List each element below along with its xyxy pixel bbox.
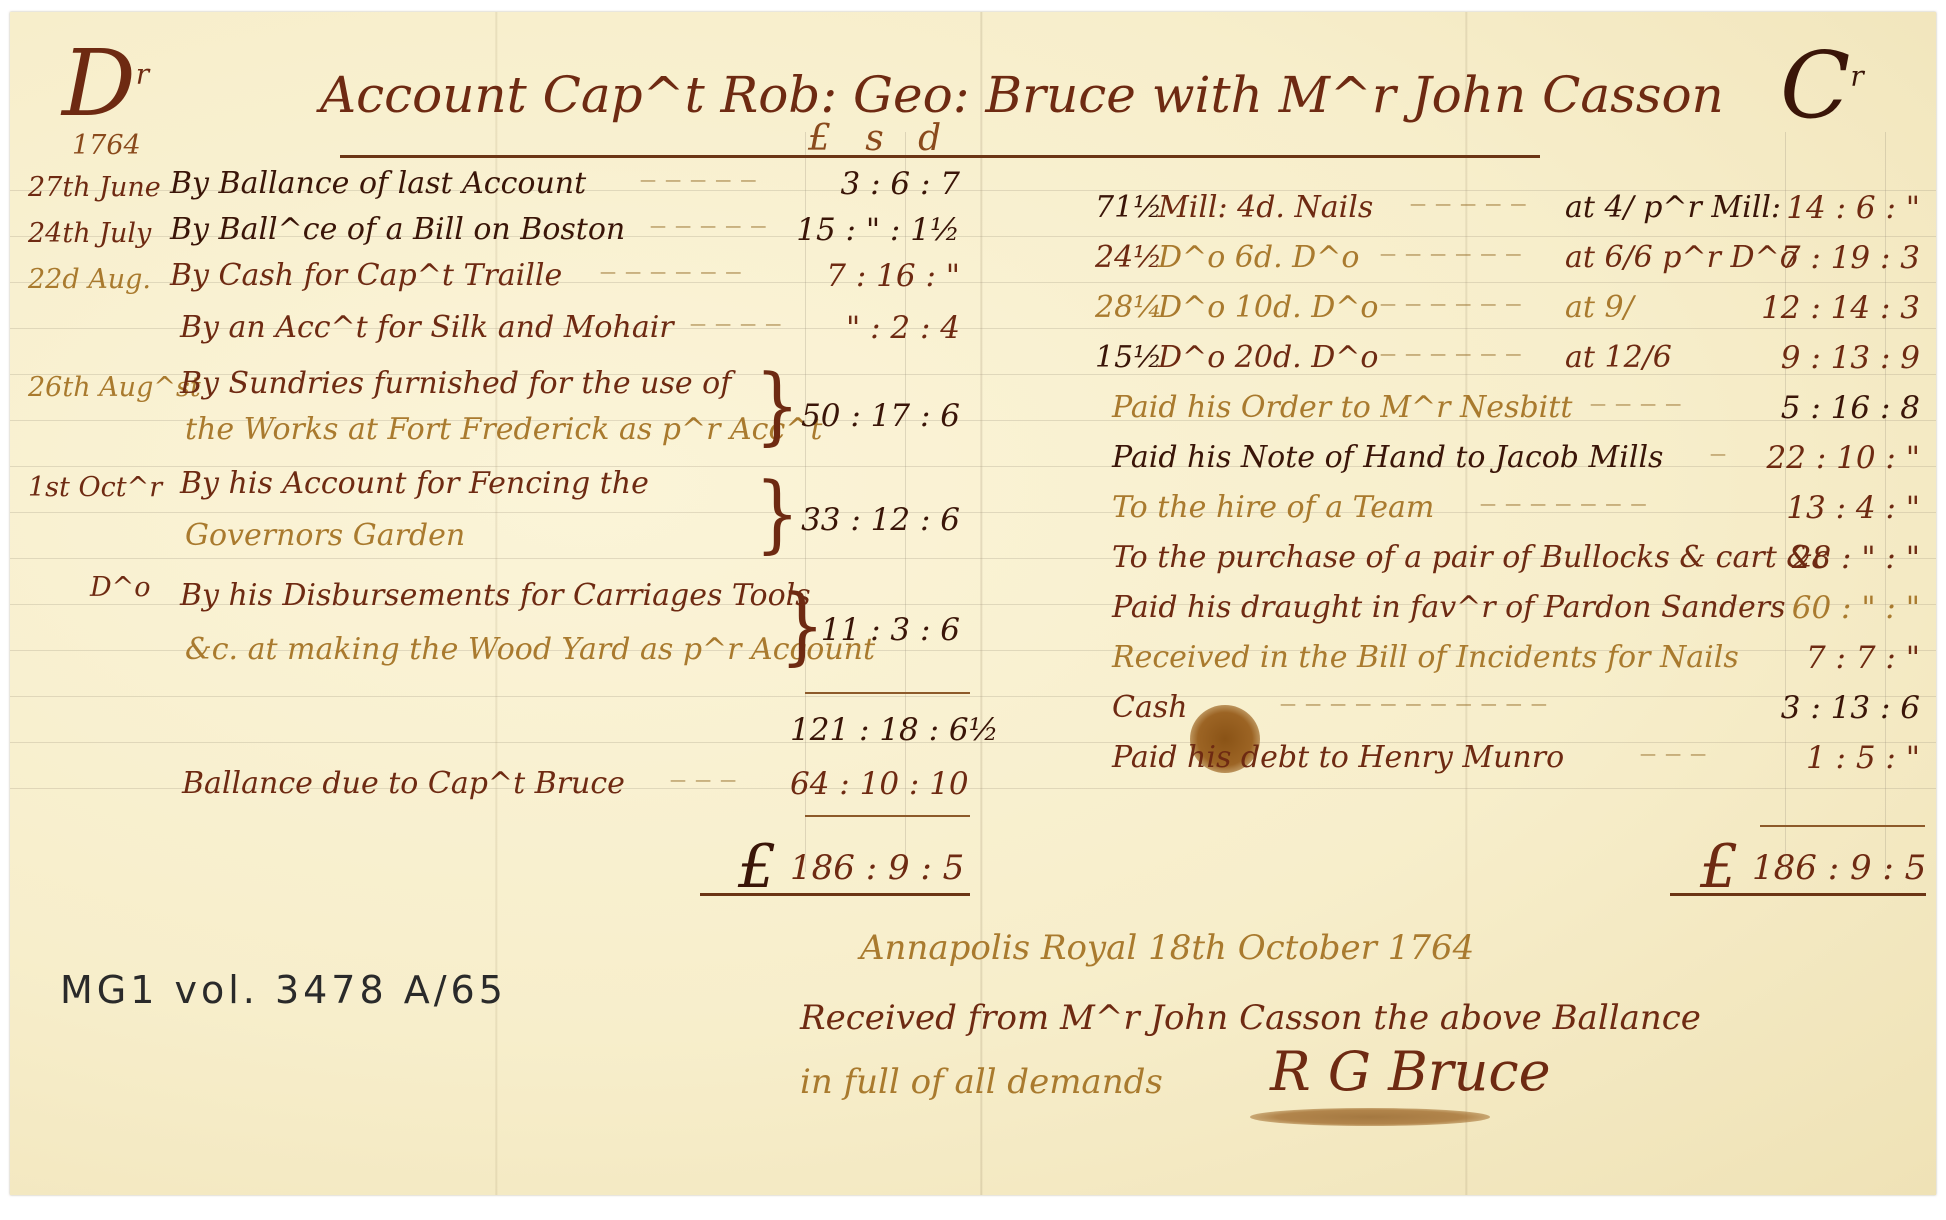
- pound-symbol: £: [1700, 832, 1738, 902]
- receipt-place-date: Annapolis Royal 18th October 1764: [860, 928, 1474, 968]
- year-label: 1764: [72, 130, 141, 161]
- pound-symbol: £: [738, 832, 776, 902]
- signature-ink-smear: [1250, 1108, 1490, 1126]
- credit-total-top-rule: [1760, 825, 1925, 827]
- credit-total: 186 : 9 : 5: [1752, 848, 1922, 888]
- balance-rule: [805, 815, 970, 817]
- debit-subtotal: 121 : 18 : 6½: [790, 712, 960, 748]
- signature: R G Bruce: [1270, 1040, 1551, 1103]
- subtotal-rule: [805, 692, 970, 694]
- receipt-line-1: Received from M^r John Casson the above …: [800, 998, 1701, 1038]
- receipt-line-2: in full of all demands: [800, 1062, 1163, 1102]
- archive-reference: MG1 vol. 3478 A/65: [60, 968, 507, 1012]
- currency-column-headers: £ s d: [808, 118, 941, 159]
- credit-total-rule: [1670, 893, 1926, 896]
- debit-heading: Dr: [62, 38, 149, 130]
- debit-total: 186 : 9 : 5: [790, 848, 960, 888]
- account-title: Account Cap^t Rob: Geo: Bruce with M^r J…: [320, 66, 1724, 124]
- debit-total-rule: [700, 893, 970, 896]
- credit-heading: Cr: [1780, 40, 1864, 132]
